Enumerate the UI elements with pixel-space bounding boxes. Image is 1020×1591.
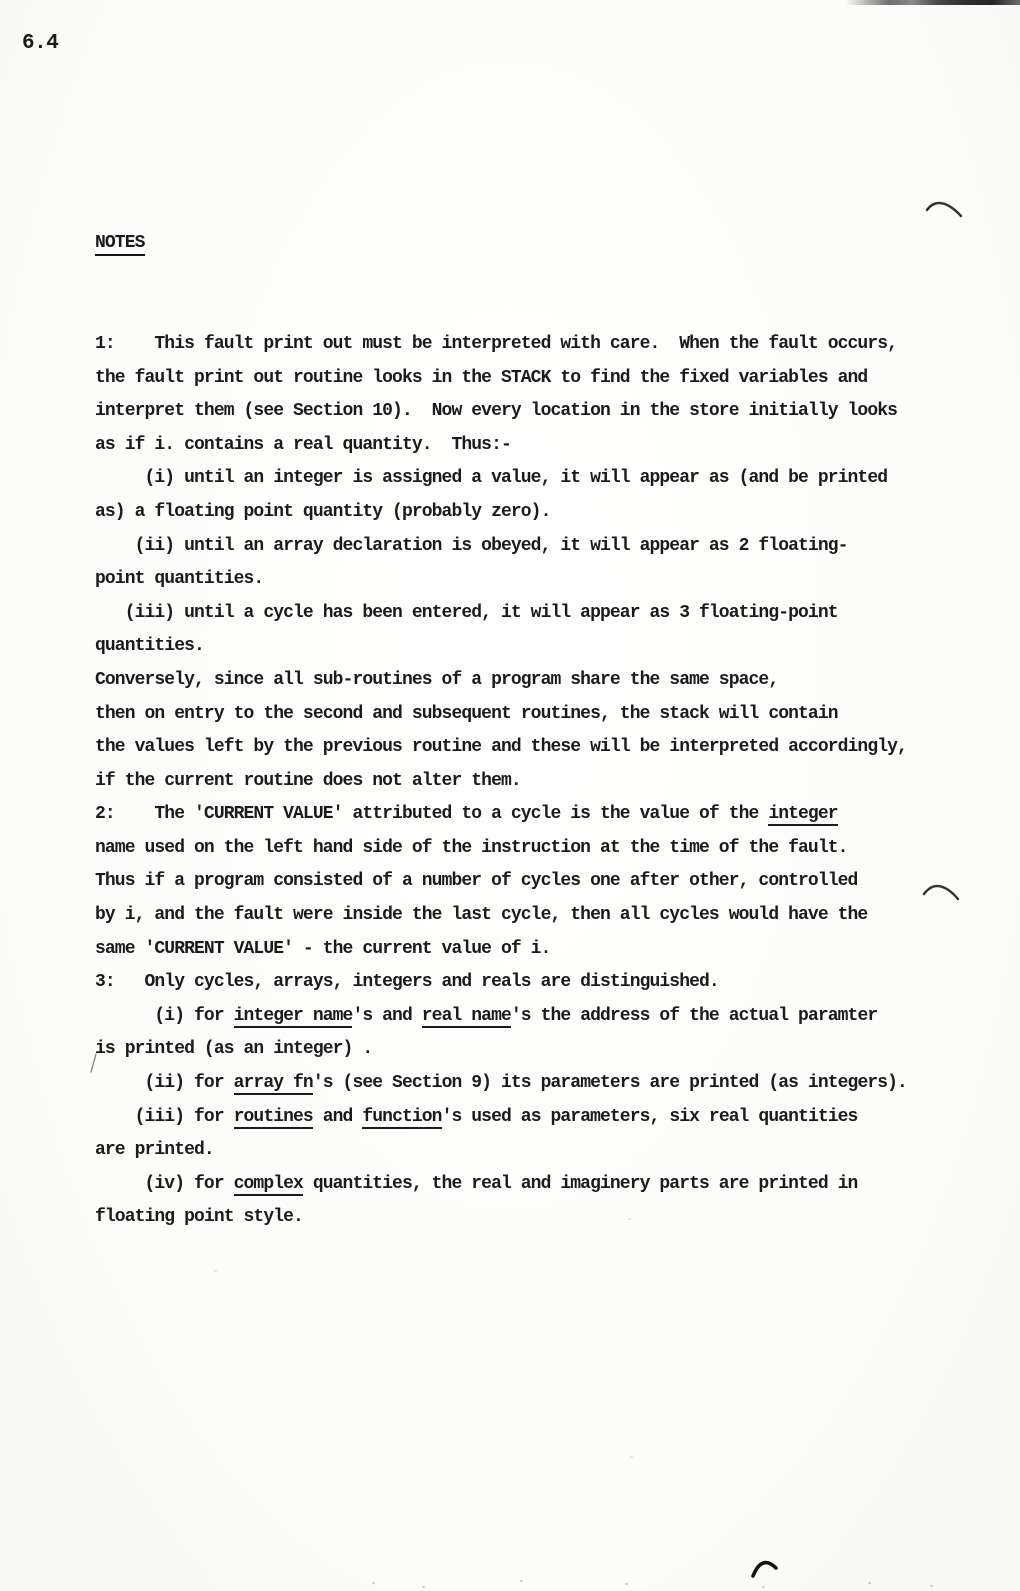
text-segment: as) a floating point quantity (probably … (95, 502, 550, 522)
underlined-term: array fn (234, 1073, 313, 1095)
text-segment: is printed (as an integer) . (95, 1039, 372, 1059)
text-line: Thus if a program consisted of a number … (95, 865, 995, 899)
text-segment: the fault print out routine looks in the… (95, 368, 867, 388)
text-line: same 'CURRENT VALUE' - the current value… (95, 933, 995, 967)
scan-speck (630, 1456, 633, 1458)
text-segment: (iv) for (95, 1174, 234, 1194)
scan-smudge-top-edge (846, 0, 1020, 5)
text-line: name used on the left hand side of the i… (95, 832, 995, 866)
paper-background: 6.4 NOTES 1: This fault print out must b… (0, 0, 1020, 1591)
text-line: are printed. (95, 1134, 995, 1168)
scan-speck (372, 1582, 375, 1584)
scan-speck (214, 1270, 217, 1272)
underlined-term: real name (422, 1006, 511, 1028)
text-segment: then on entry to the second and subseque… (95, 704, 838, 724)
text-lines: 1: This fault print out must be interpre… (95, 328, 995, 1235)
text-line: (ii) for array fn's (see Section 9) its … (95, 1067, 995, 1101)
pen-tick-mark-icon (924, 198, 966, 222)
scan-speck (625, 1583, 628, 1585)
heading-text: NOTES (95, 233, 145, 256)
text-line: Conversely, since all sub-routines of a … (95, 664, 995, 698)
text-segment: quantities. (95, 636, 204, 656)
text-segment: 's the address of the actual paramter (511, 1006, 877, 1026)
text-line: if the current routine does not alter th… (95, 765, 995, 799)
text-line: 1: This fault print out must be interpre… (95, 328, 995, 362)
text-segment: same 'CURRENT VALUE' - the current value… (95, 939, 550, 959)
text-line: is printed (as an integer) . (95, 1033, 995, 1067)
text-segment: (ii) until an array declaration is obeye… (95, 536, 848, 556)
text-line: floating point style. (95, 1201, 995, 1235)
text-line: 3: Only cycles, arrays, integers and rea… (95, 966, 995, 1000)
text-line: 2: The 'CURRENT VALUE' attributed to a c… (95, 798, 995, 832)
text-segment: quantities, the real and imaginery parts… (303, 1174, 858, 1194)
text-segment: 1: This fault print out must be interpre… (95, 334, 897, 354)
underlined-term: function (362, 1107, 441, 1129)
text-segment: as if i. contains a real quantity. Thus:… (95, 435, 511, 455)
text-segment: Thus if a program consisted of a number … (95, 871, 857, 891)
text-segment: the values left by the previous routine … (95, 737, 907, 757)
text-segment: (iii) for (95, 1107, 234, 1127)
scan-speck (762, 1586, 765, 1588)
text-segment: (i) until an integer is assigned a value… (95, 468, 887, 488)
text-segment: are printed. (95, 1140, 214, 1160)
text-segment: 2: The 'CURRENT VALUE' attributed to a c… (95, 804, 768, 824)
text-line: quantities. (95, 630, 995, 664)
scan-speck (422, 1586, 425, 1588)
text-segment: floating point style. (95, 1207, 303, 1227)
text-line: (iv) for complex quantities, the real an… (95, 1168, 995, 1202)
text-line: (i) until an integer is assigned a value… (95, 462, 995, 496)
underlined-term: routines (234, 1107, 313, 1129)
text-line: as if i. contains a real quantity. Thus:… (95, 429, 995, 463)
pen-tick-mark-icon (920, 880, 962, 906)
text-line: as) a floating point quantity (probably … (95, 496, 995, 530)
text-segment: 's (see Section 9) its parameters are pr… (313, 1073, 907, 1093)
scan-speck (520, 1580, 523, 1582)
text-segment: if the current routine does not alter th… (95, 771, 521, 791)
text-segment: name used on the left hand side of the i… (95, 838, 848, 858)
text-line: the values left by the previous routine … (95, 731, 995, 765)
scanned-document-page: { "page_number": "6.4", "heading": "NOTE… (0, 0, 1020, 1591)
text-segment: Conversely, since all sub-routines of a … (95, 670, 778, 690)
text-segment: 3: Only cycles, arrays, integers and rea… (95, 972, 719, 992)
scan-speck (930, 1585, 933, 1587)
text-line: point quantities. (95, 563, 995, 597)
text-line: (iii) for routines and function's used a… (95, 1101, 995, 1135)
text-segment: interpret them (see Section 10). Now eve… (95, 401, 897, 421)
underlined-term: integer name (234, 1006, 353, 1028)
text-segment: point quantities. (95, 569, 263, 589)
slash-mark-icon (89, 1052, 99, 1074)
section-heading: NOTES (95, 227, 995, 261)
page-number: 6.4 (22, 32, 58, 55)
text-line: (i) for integer name's and real name's t… (95, 1000, 995, 1034)
scan-speck (628, 1218, 631, 1220)
text-segment: (i) for (95, 1006, 234, 1026)
underlined-term: integer (768, 804, 837, 826)
text-line: (iii) until a cycle has been entered, it… (95, 597, 995, 631)
text-line: then on entry to the second and subseque… (95, 698, 995, 732)
underlined-term: complex (234, 1174, 303, 1196)
text-segment: and (313, 1107, 363, 1127)
pen-arc-mark-icon (750, 1552, 780, 1580)
scan-speck (868, 1582, 871, 1584)
text-line: the fault print out routine looks in the… (95, 362, 995, 396)
text-segment: 's and (352, 1006, 421, 1026)
text-segment: (ii) for (95, 1073, 234, 1093)
body-text: NOTES 1: This fault print out must be in… (95, 160, 995, 1302)
text-segment: (iii) until a cycle has been entered, it… (95, 603, 838, 623)
text-segment: 's used as parameters, six real quantiti… (442, 1107, 858, 1127)
text-segment: by i, and the fault were inside the last… (95, 905, 867, 925)
text-line: interpret them (see Section 10). Now eve… (95, 395, 995, 429)
text-line: (ii) until an array declaration is obeye… (95, 530, 995, 564)
text-line: by i, and the fault were inside the last… (95, 899, 995, 933)
